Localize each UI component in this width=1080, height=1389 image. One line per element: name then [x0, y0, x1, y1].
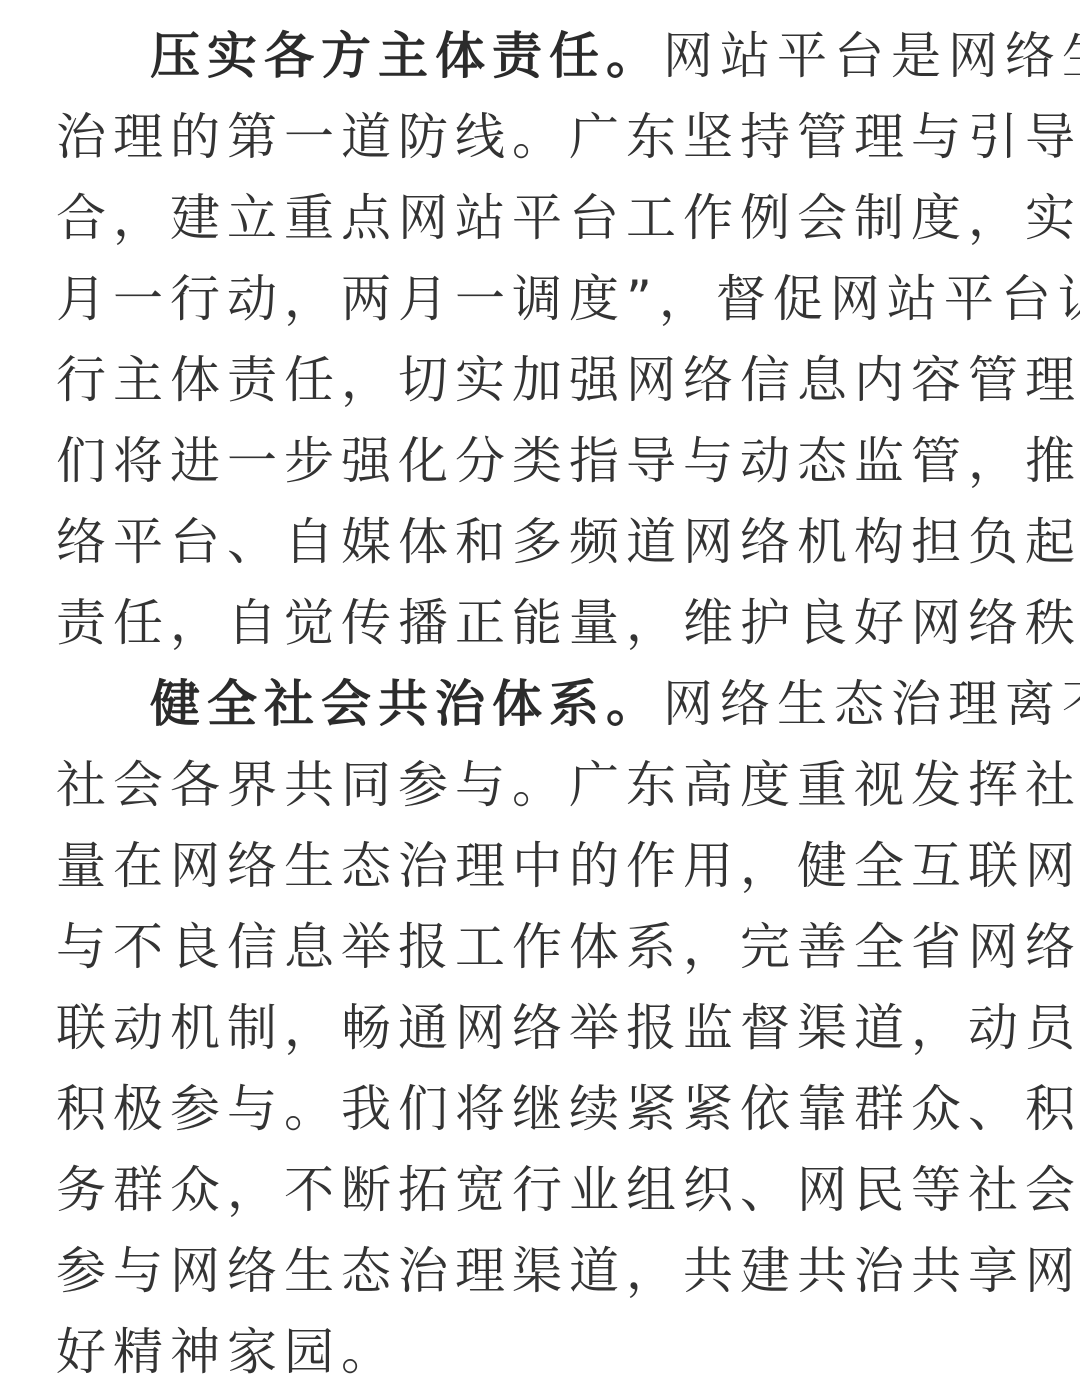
paragraph-platform-responsibility: 压实各方主体责任。网站平台是网络生态 治理的第一道防线。广东坚持管理与引导相结 …: [56, 16, 1024, 664]
paragraph-first-line: 健全社会共治体系。网络生态治理离不开: [56, 664, 1024, 745]
paragraph-line: 联动机制，畅通网络举报监督渠道，动员网民: [56, 988, 1024, 1069]
paragraph-text: 网站平台是网络生态: [663, 27, 1080, 85]
paragraph-line: 治理的第一道防线。广东坚持管理与引导相结: [56, 97, 1024, 178]
paragraph-line: 月一行动，两月一调度”，督促网站平台认真履: [56, 259, 1024, 340]
paragraph-line: 务群众，不断拓宽行业组织、网民等社会力量: [56, 1150, 1024, 1231]
paragraph-line: 们将进一步强化分类指导与动态监管，推动网: [56, 421, 1024, 502]
paragraph-social-governance: 健全社会共治体系。网络生态治理离不开 社会各界共同参与。广东高度重视发挥社会力 …: [56, 664, 1024, 1389]
paragraph-lead-heading: 健全社会共治体系。: [150, 675, 663, 733]
paragraph-line: 好精神家园。: [56, 1312, 1024, 1389]
paragraph-line: 参与网络生态治理渠道，共建共治共享网上美: [56, 1231, 1024, 1312]
paragraph-text: 网络生态治理离不开: [663, 675, 1080, 733]
paragraph-line: 社会各界共同参与。广东高度重视发挥社会力: [56, 745, 1024, 826]
paragraph-line: 责任，自觉传播正能量，维护良好网络秩序。: [56, 583, 1024, 664]
paragraph-line: 积极参与。我们将继续紧紧依靠群众、积极服: [56, 1069, 1024, 1150]
paragraph-line: 合，建立重点网站平台工作例会制度，实行“一: [56, 178, 1024, 259]
paragraph-first-line: 压实各方主体责任。网站平台是网络生态: [56, 16, 1024, 97]
paragraph-lead-heading: 压实各方主体责任。: [150, 27, 663, 85]
article-body: 压实各方主体责任。网站平台是网络生态 治理的第一道防线。广东坚持管理与引导相结 …: [56, 16, 1024, 1389]
paragraph-line: 与不良信息举报工作体系，完善全省网络辟谣: [56, 907, 1024, 988]
paragraph-line: 量在网络生态治理中的作用，健全互联网违法: [56, 826, 1024, 907]
paragraph-line: 行主体责任，切实加强网络信息内容管理。我: [56, 340, 1024, 421]
paragraph-line: 络平台、自媒体和多频道网络机构担负起社会: [56, 502, 1024, 583]
